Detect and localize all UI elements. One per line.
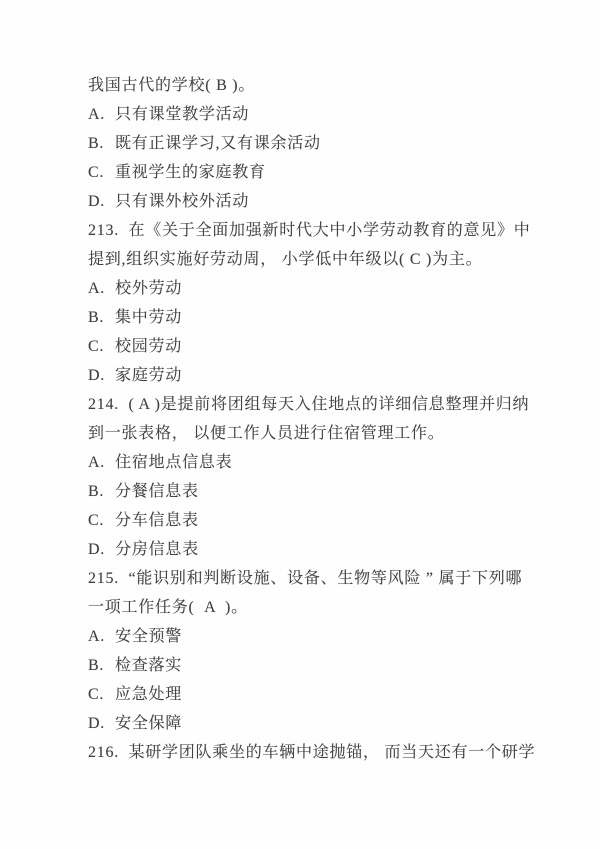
option-line: C.校园劳动 bbox=[88, 332, 528, 361]
option-text: 检查落实 bbox=[115, 657, 182, 674]
option-text: 住宿地点信息表 bbox=[115, 454, 232, 471]
option-text: 只有课外校外活动 bbox=[115, 193, 249, 210]
question-stem-line: 一项工作任务( A )。 bbox=[88, 593, 528, 622]
option-line: C.分车信息表 bbox=[88, 506, 528, 535]
option-label: B. bbox=[88, 477, 105, 506]
question-stem-line: 214. ( A )是提前将团组每天入住地点的详细信息整理并归纳 bbox=[88, 390, 528, 419]
option-text: 安全保障 bbox=[115, 715, 182, 732]
option-text: 校园劳动 bbox=[115, 338, 182, 355]
question-stem-line: 215. “能识别和判断设施、设备、生物等风险 ” 属于下列哪 bbox=[88, 564, 528, 593]
option-line: A.校外劳动 bbox=[88, 274, 528, 303]
option-text: 分餐信息表 bbox=[115, 483, 199, 500]
option-line: B.分餐信息表 bbox=[88, 477, 528, 506]
question-list: 我国古代的学校( B )。 A.只有课堂教学活动 B.既有正课学习,又有课余活动… bbox=[88, 71, 528, 767]
option-label: A. bbox=[88, 274, 105, 303]
question-block: 213. 在《关于全面加强新时代大中小学劳动教育的意见》中 提到,组织实施好劳动… bbox=[88, 216, 528, 390]
question-block: 我国古代的学校( B )。 A.只有课堂教学活动 B.既有正课学习,又有课余活动… bbox=[88, 71, 528, 216]
question-stem-line: 提到,组织实施好劳动周， 小学低中年级以( C )为主。 bbox=[88, 245, 528, 274]
option-text: 分车信息表 bbox=[115, 512, 199, 529]
option-line: B.检查落实 bbox=[88, 651, 528, 680]
option-label: D. bbox=[88, 361, 105, 390]
option-text: 安全预警 bbox=[115, 628, 182, 645]
option-label: C. bbox=[88, 506, 105, 535]
option-text: 应急处理 bbox=[115, 686, 182, 703]
option-text: 既有正课学习,又有课余活动 bbox=[115, 135, 321, 152]
option-line: D.分房信息表 bbox=[88, 535, 528, 564]
option-label: A. bbox=[88, 622, 105, 651]
question-block: 216. 某研学团队乘坐的车辆中途抛锚， 而当天还有一个研学 bbox=[88, 738, 528, 767]
option-line: C.重视学生的家庭教育 bbox=[88, 158, 528, 187]
option-text: 重视学生的家庭教育 bbox=[115, 164, 266, 181]
option-line: A.安全预警 bbox=[88, 622, 528, 651]
option-label: D. bbox=[88, 535, 105, 564]
option-label: D. bbox=[88, 187, 105, 216]
question-block: 214. ( A )是提前将团组每天入住地点的详细信息整理并归纳 到一张表格， … bbox=[88, 390, 528, 564]
option-line: B.集中劳动 bbox=[88, 303, 528, 332]
option-label: A. bbox=[88, 448, 105, 477]
question-stem-line: 我国古代的学校( B )。 bbox=[88, 71, 528, 100]
option-line: C.应急处理 bbox=[88, 680, 528, 709]
option-label: C. bbox=[88, 332, 105, 361]
option-line: A.住宿地点信息表 bbox=[88, 448, 528, 477]
question-stem-line: 216. 某研学团队乘坐的车辆中途抛锚， 而当天还有一个研学 bbox=[88, 738, 528, 767]
option-line: D.只有课外校外活动 bbox=[88, 187, 528, 216]
option-text: 校外劳动 bbox=[115, 280, 182, 297]
option-text: 家庭劳动 bbox=[115, 367, 182, 384]
option-text: 分房信息表 bbox=[115, 541, 199, 558]
question-stem-line: 到一张表格， 以便工作人员进行住宿管理工作。 bbox=[88, 419, 528, 448]
option-label: C. bbox=[88, 158, 105, 187]
option-text: 集中劳动 bbox=[115, 309, 182, 326]
option-line: D.家庭劳动 bbox=[88, 361, 528, 390]
option-line: D.安全保障 bbox=[88, 709, 528, 738]
option-line: A.只有课堂教学活动 bbox=[88, 100, 528, 129]
option-label: B. bbox=[88, 651, 105, 680]
option-text: 只有课堂教学活动 bbox=[115, 106, 249, 123]
question-stem-line: 213. 在《关于全面加强新时代大中小学劳动教育的意见》中 bbox=[88, 216, 528, 245]
option-line: B.既有正课学习,又有课余活动 bbox=[88, 129, 528, 158]
option-label: B. bbox=[88, 129, 105, 158]
option-label: B. bbox=[88, 303, 105, 332]
option-label: D. bbox=[88, 709, 105, 738]
option-label: A. bbox=[88, 100, 105, 129]
document-page: 我国古代的学校( B )。 A.只有课堂教学活动 B.既有正课学习,又有课余活动… bbox=[0, 0, 600, 849]
question-block: 215. “能识别和判断设施、设备、生物等风险 ” 属于下列哪 一项工作任务( … bbox=[88, 564, 528, 738]
option-label: C. bbox=[88, 680, 105, 709]
